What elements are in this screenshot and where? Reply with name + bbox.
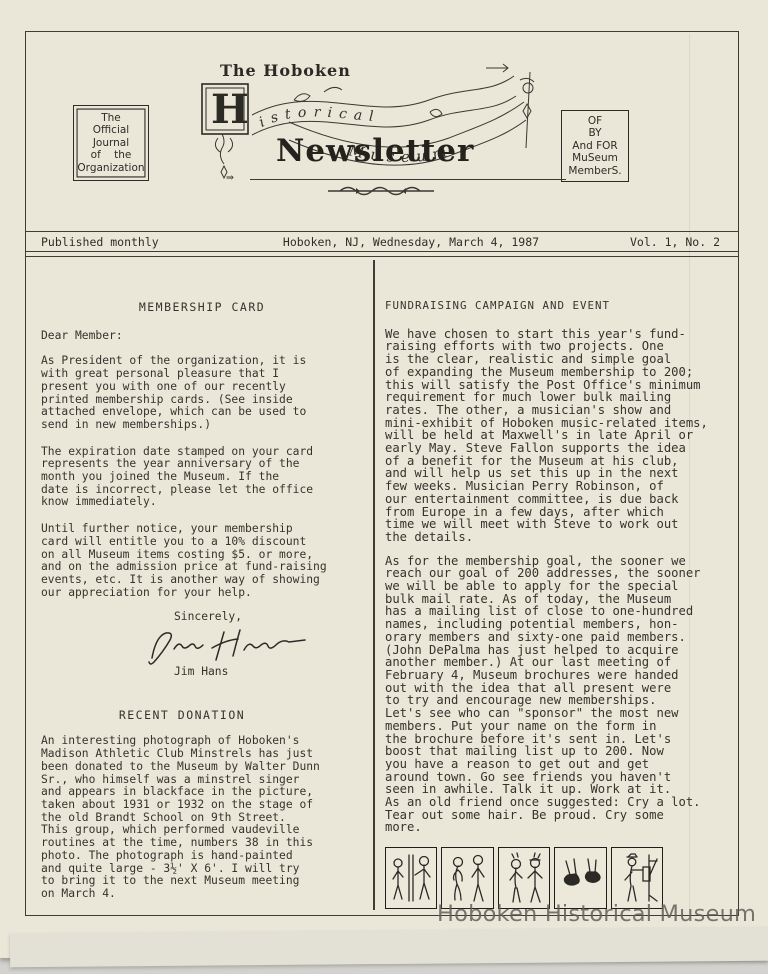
masthead-rule bbox=[250, 179, 566, 180]
membership-paragraph-1: As President of the organization, it is … bbox=[41, 355, 363, 431]
members-box-line: BY bbox=[562, 127, 628, 140]
scepter-ornament bbox=[520, 72, 534, 148]
official-journal-box: The Official Journal of the Organization bbox=[73, 105, 149, 181]
volume-number-label: Vol. 1, No. 2 bbox=[561, 235, 720, 249]
comic-panel-kicked-up-feet bbox=[554, 847, 606, 909]
right-column: FUNDRAISING CAMPAIGN AND EVENT We have c… bbox=[385, 258, 725, 909]
watermark-hoboken-historical-museum: Hoboken Historical Museum bbox=[437, 901, 756, 927]
membership-card-heading: MEMBERSHIP CARD bbox=[41, 301, 363, 314]
svg-text:istorical: istorical bbox=[257, 104, 381, 131]
leaf-ornament-icon bbox=[326, 183, 436, 199]
members-box-line: OF bbox=[562, 115, 628, 128]
comic-panel-arguing-pair bbox=[498, 847, 550, 909]
arrow-ornament bbox=[486, 64, 508, 72]
page-border-frame: The Official Journal of the Organization… bbox=[25, 31, 739, 916]
comic-panel-couple-at-elevator-door bbox=[385, 847, 437, 909]
newsletter-page: The Official Journal of the Organization… bbox=[0, 0, 768, 958]
donation-paragraph: An interesting photograph of Hoboken's M… bbox=[41, 735, 363, 900]
column-divider bbox=[373, 260, 375, 910]
folded-page-edge bbox=[10, 927, 768, 968]
ribbon-flourish bbox=[294, 87, 342, 101]
membership-paragraph-3: Until further notice, your membership ca… bbox=[41, 523, 363, 599]
ribbon-flourish bbox=[430, 109, 442, 116]
body-columns: MEMBERSHIP CARD Dear Member: As Presiden… bbox=[26, 258, 738, 914]
left-column: MEMBERSHIP CARD Dear Member: As Presiden… bbox=[41, 258, 363, 901]
ornament-arrow-icon: ⇛ bbox=[226, 170, 232, 185]
typed-name: Jim Hans bbox=[174, 666, 363, 679]
of-by-for-members-box: OF BY And FOR MuSeum MemberS. bbox=[561, 110, 629, 182]
recent-donation-heading: RECENT DONATION bbox=[41, 709, 323, 722]
initial-h-letter: H bbox=[211, 86, 249, 133]
members-box-line: And FOR bbox=[562, 140, 628, 153]
official-journal-line: Organization bbox=[74, 162, 148, 175]
members-box-line: MemberS. bbox=[562, 165, 628, 178]
dateline-location-date: Hoboken, NJ, Wednesday, March 4, 1987 bbox=[261, 235, 561, 249]
published-monthly-label: Published monthly bbox=[41, 235, 261, 249]
closing-sincerely: Sincerely, bbox=[174, 611, 363, 624]
ribbon-word-historical: istorical bbox=[257, 104, 381, 131]
signature-jim-hans bbox=[146, 624, 311, 666]
comic-strip bbox=[385, 847, 663, 909]
members-box-line: MuSeum bbox=[562, 152, 628, 165]
official-journal-line: Official bbox=[74, 124, 148, 137]
dateline-double-rule bbox=[26, 256, 738, 257]
comic-panel-man-at-wall-box bbox=[611, 847, 663, 909]
dateline-bar: Published monthly Hoboken, NJ, Wednesday… bbox=[26, 231, 738, 252]
comic-panel-two-people-standing bbox=[441, 847, 493, 909]
fundraising-heading: FUNDRAISING CAMPAIGN AND EVENT bbox=[385, 300, 725, 313]
fundraising-paragraph-2: As for the membership goal, the sooner w… bbox=[385, 555, 725, 834]
fundraising-paragraph-1: We have chosen to start this year's fund… bbox=[385, 328, 725, 544]
official-journal-line: of the bbox=[74, 149, 148, 162]
official-journal-line: The bbox=[74, 112, 148, 125]
official-journal-line: Journal bbox=[74, 137, 148, 150]
newsletter-title: Newsletter bbox=[276, 133, 496, 169]
salutation: Dear Member: bbox=[41, 330, 363, 343]
script-title-text: The Hoboken bbox=[220, 61, 351, 80]
membership-paragraph-2: The expiration date stamped on your card… bbox=[41, 446, 363, 510]
masthead-header: The Official Journal of the Organization… bbox=[26, 32, 738, 232]
